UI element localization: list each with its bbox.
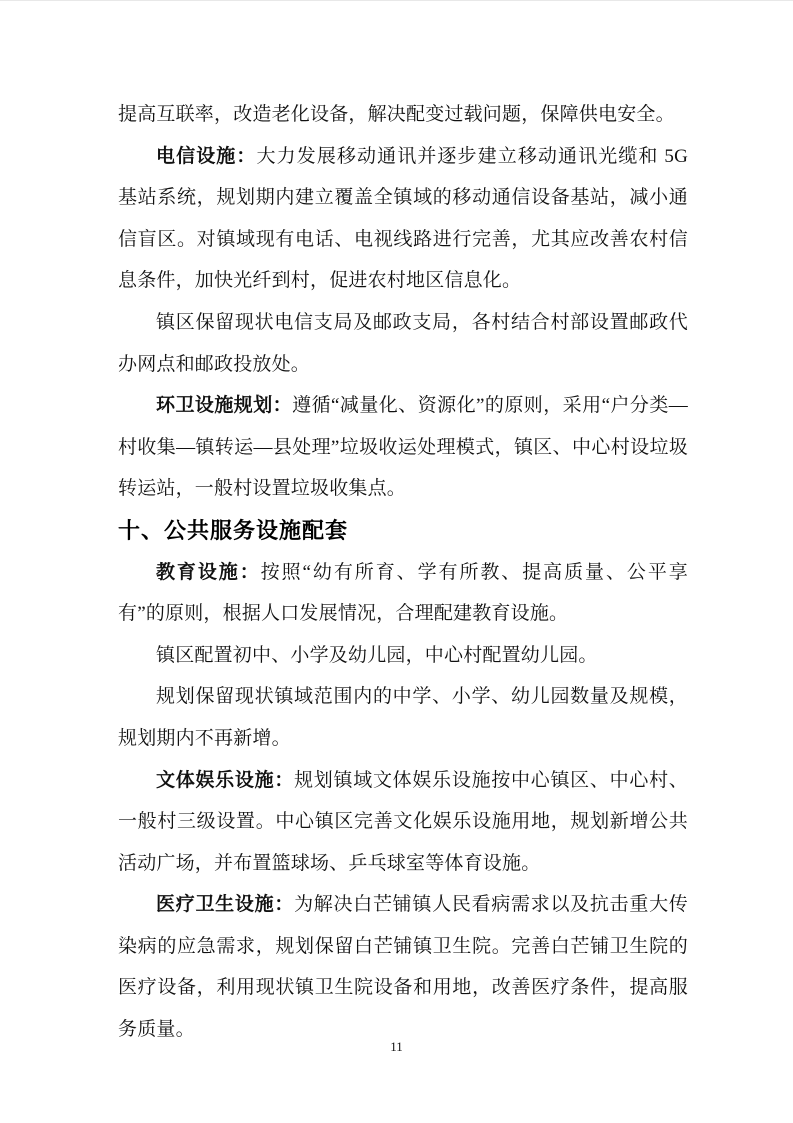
paragraph-lead-label: 电信设施： — [156, 146, 257, 167]
paragraph: 电信设施：大力发展移动通讯并逐步建立移动通讯光缆和 5G 基站系统，规划期内建立… — [118, 136, 688, 302]
document-page: 提高互联率，改造老化设备，解决配变过载问题，保障供电安全。电信设施：大力发展移动… — [0, 0, 793, 1123]
paragraph: 文体娱乐设施：规划镇域文体娱乐设施按中心镇区、中心村、一般村三级设置。中心镇区完… — [118, 760, 688, 885]
paragraph-text: 镇区保留现状电信支局及邮政支局，各村结合村部设置邮政代办网点和邮政投放处。 — [118, 312, 688, 375]
document-body: 提高互联率，改造老化设备，解决配变过载问题，保障供电安全。电信设施：大力发展移动… — [118, 94, 688, 1051]
paragraph: 环卫设施规划：遵循“减量化、资源化”的原则，采用“户分类—村收集—镇转运—县处理… — [118, 385, 688, 510]
paragraph-text: 镇区配置初中、小学及幼儿园，中心村配置幼儿园。 — [156, 645, 598, 666]
paragraph: 医疗卫生设施：为解决白芒铺镇人民看病需求以及抗击重大传染病的应急需求，规划保留白… — [118, 884, 688, 1050]
paragraph-text: 大力发展移动通讯并逐步建立移动通讯光缆和 5G 基站系统，规划期内建立覆盖全镇域… — [118, 146, 688, 292]
section-heading: 十、公共服务设施配套 — [118, 510, 688, 552]
paragraph: 镇区保留现状电信支局及邮政支局，各村结合村部设置邮政代办网点和邮政投放处。 — [118, 302, 688, 385]
paragraph-text: 规划保留现状镇域范围内的中学、小学、幼儿园数量及规模，规划期内不再新增。 — [118, 686, 688, 749]
paragraph: 规划保留现状镇域范围内的中学、小学、幼儿园数量及规模，规划期内不再新增。 — [118, 676, 688, 759]
paragraph-text: 为解决白芒铺镇人民看病需求以及抗击重大传染病的应急需求，规划保留白芒铺镇卫生院。… — [118, 894, 688, 1040]
paragraph: 提高互联率，改造老化设备，解决配变过载问题，保障供电安全。 — [118, 94, 688, 136]
paragraph-lead-label: 环卫设施规划： — [156, 395, 292, 416]
paragraph: 教育设施：按照“幼有所育、学有所教、提高质量、公平享有”的原则，根据人口发展情况… — [118, 552, 688, 635]
paragraph-lead-label: 文体娱乐设施： — [156, 770, 294, 791]
paragraph: 镇区配置初中、小学及幼儿园，中心村配置幼儿园。 — [118, 635, 688, 677]
paragraph-lead-label: 教育设施： — [156, 562, 261, 583]
page-number: 11 — [0, 1038, 793, 1056]
paragraph-lead-label: 医疗卫生设施： — [156, 894, 294, 915]
paragraph-text: 提高互联率，改造老化设备，解决配变过载问题，保障供电安全。 — [118, 104, 675, 125]
